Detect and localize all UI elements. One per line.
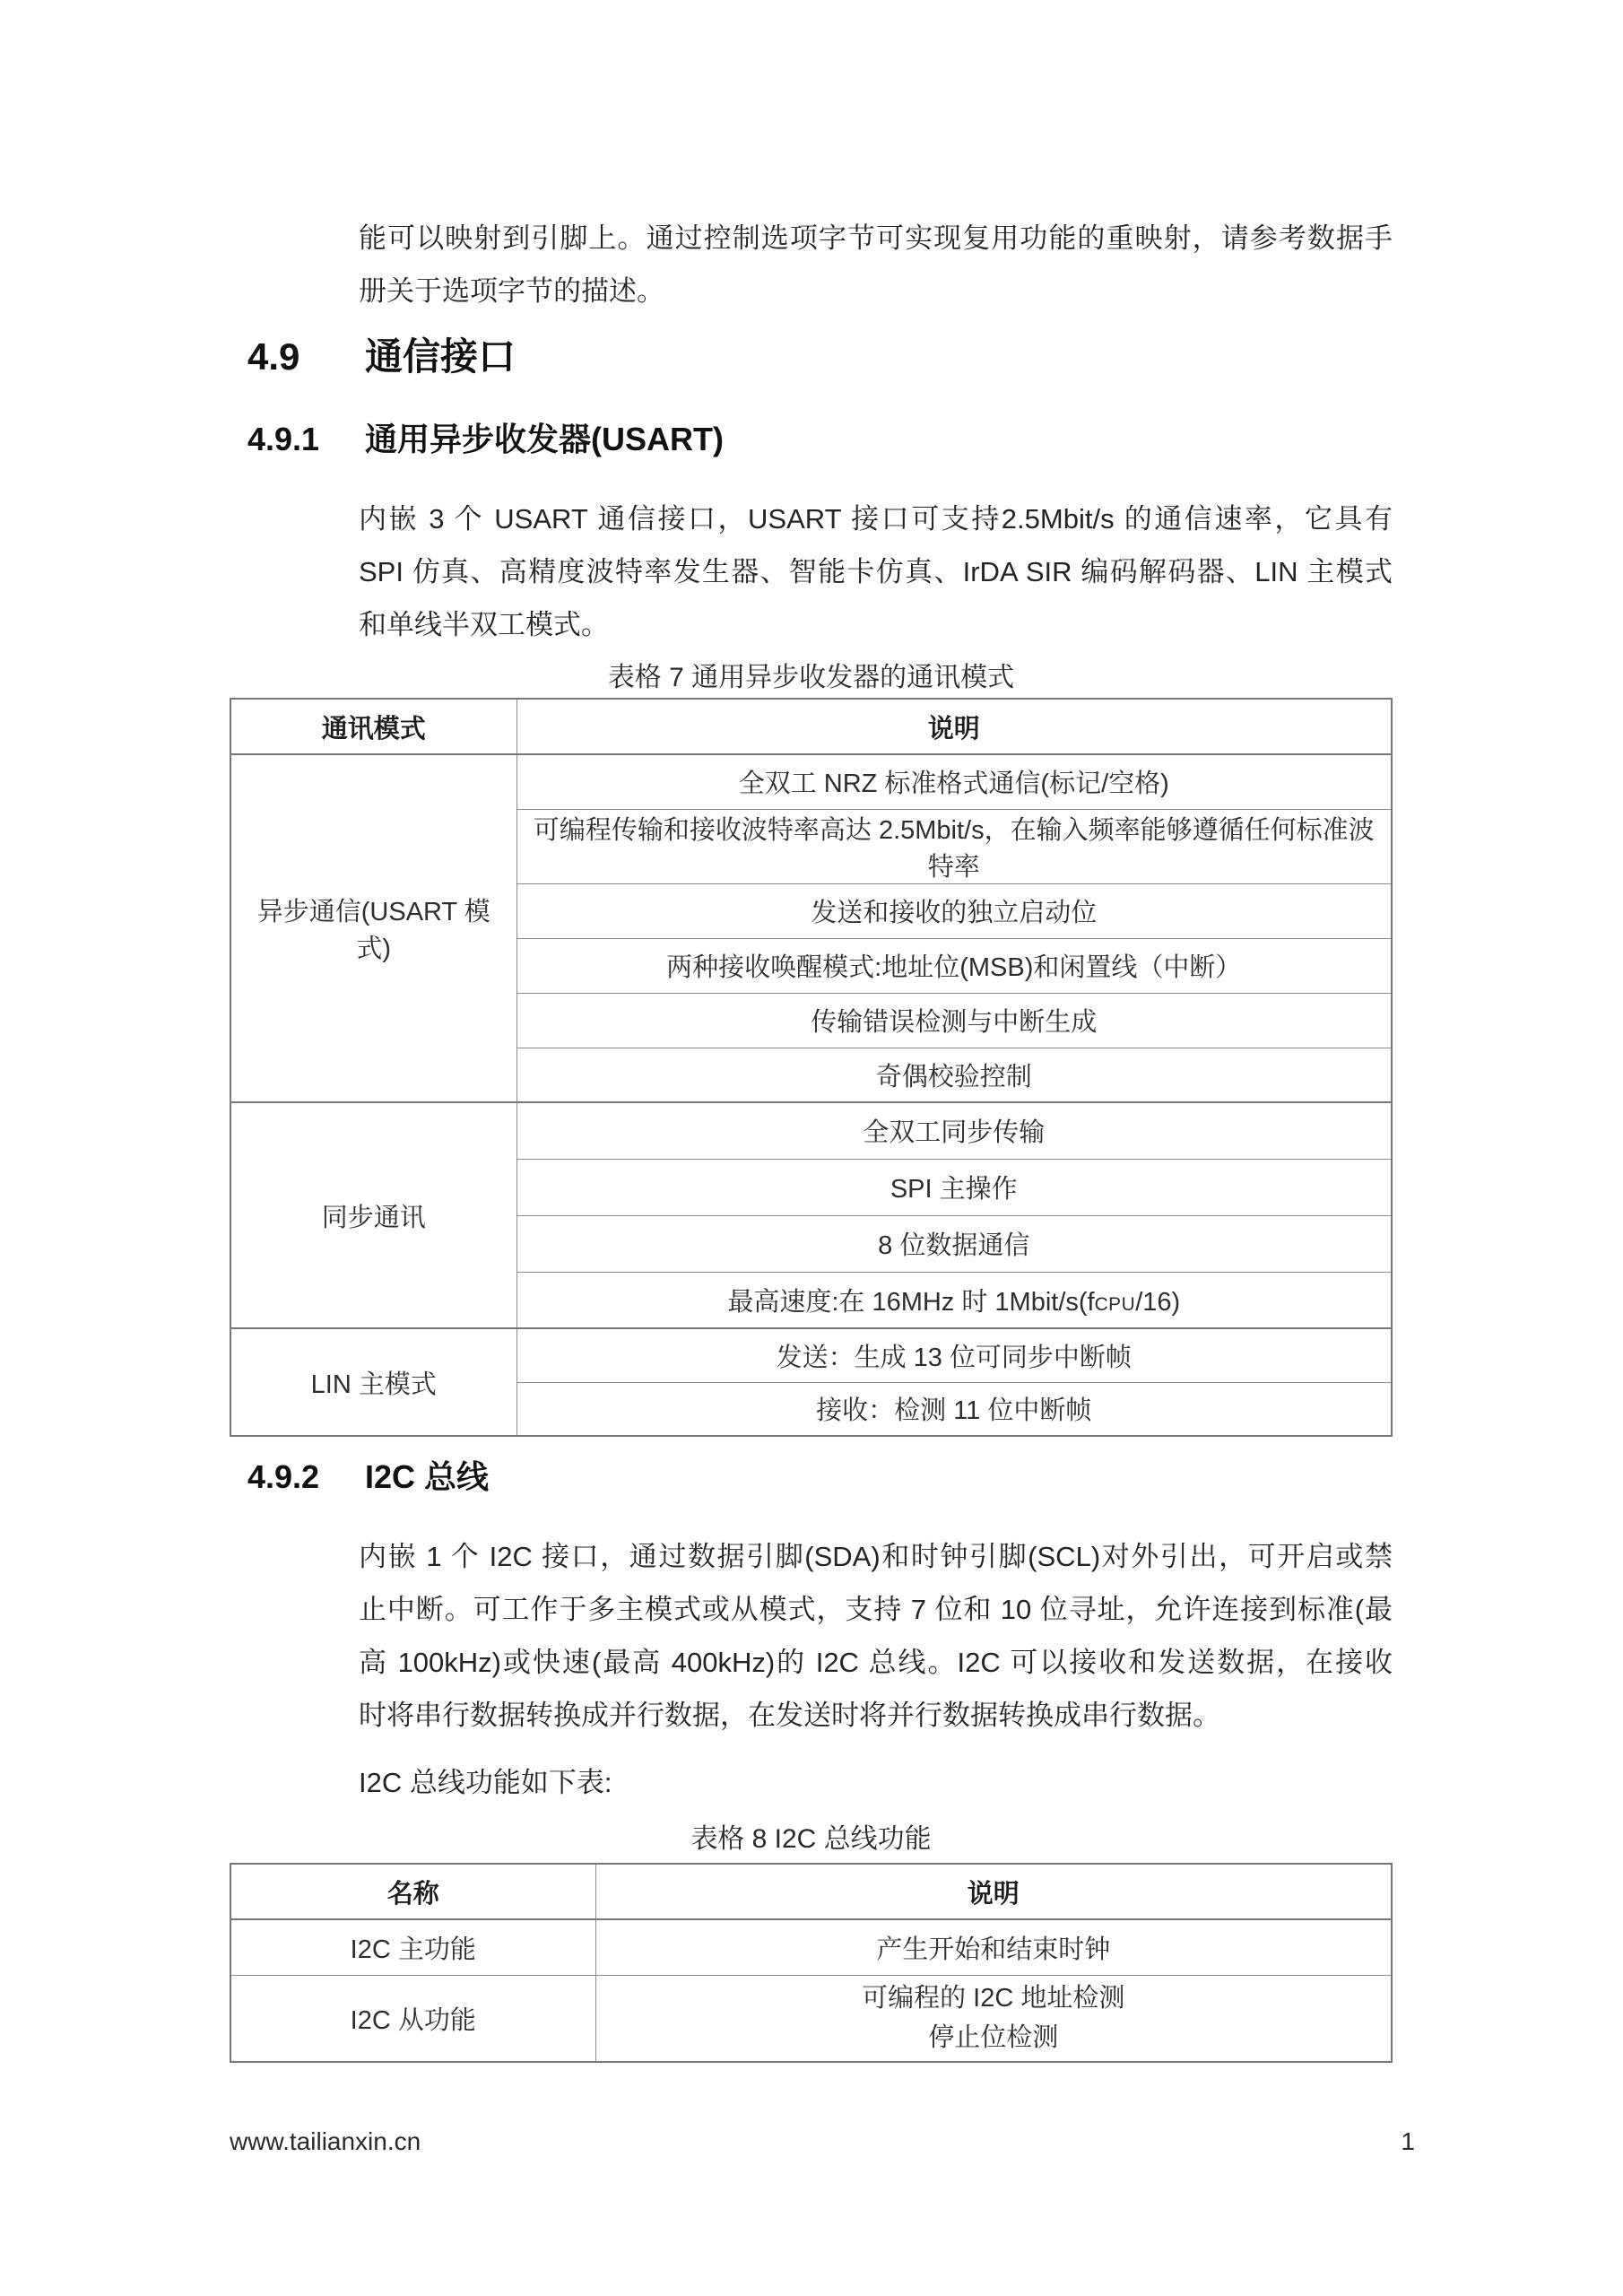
table-header-row: 通讯模式 说明	[230, 699, 1392, 754]
mode-description-cell: 可编程传输和接收波特率高达 2.5Mbit/s，在输入频率能够遵循任何标准波特率	[516, 809, 1392, 883]
mode-description-cell: SPI 主操作	[516, 1159, 1392, 1215]
table-row: LIN 主模式发送：生成 13 位可同步中断帧	[230, 1328, 1392, 1382]
cell-text-part: /16)	[1135, 1288, 1180, 1317]
table-row: I2C 主功能产生开始和结束时钟	[230, 1919, 1392, 1975]
column-header: 说明	[595, 1864, 1392, 1919]
table7-caption: 表格 7 通用异步收发器的通讯模式	[230, 660, 1393, 696]
footer-page-number: 1	[1255, 2124, 1415, 2160]
paragraph-line: 时将串行数据转换成并行数据，在发送时将并行数据转换成串行数据。	[359, 1689, 1393, 1742]
table-header-row: 名称 说明	[230, 1864, 1392, 1919]
footer-website: www.tailianxin.cn	[230, 2124, 421, 2160]
mode-description-cell: 8 位数据通信	[516, 1215, 1392, 1272]
paragraph-line: 和单线半双工模式。	[359, 598, 1393, 651]
paragraph-line: 高 100kHz)或快速(最高 400kHz)的 I2C 总线。I2C 可以接收…	[359, 1636, 1393, 1689]
table-row: 同步通讯全双工同步传输	[230, 1102, 1392, 1159]
paragraph-line: 能可以映射到引脚上。通过控制选项字节可实现复用功能的重映射，请参考数据手	[359, 212, 1393, 265]
column-header: 名称	[230, 1864, 595, 1919]
paragraph-line: I2C 总线功能如下表:	[359, 1765, 1393, 1801]
cell-text-line: 可编程的 I2C 地址检测	[605, 1979, 1383, 2018]
paragraph-line: SPI 仿真、高精度波特率发生器、智能卡仿真、IrDA SIR 编码解码器、LI…	[359, 545, 1393, 598]
table-row: I2C 从功能可编程的 I2C 地址检测停止位检测	[230, 1975, 1392, 2062]
paragraph-line: 内嵌 3 个 USART 通信接口，USART 接口可支持2.5Mbit/s 的…	[359, 492, 1393, 545]
table8-caption: 表格 8 I2C 总线功能	[230, 1822, 1393, 1857]
paragraph-line: 册关于选项字节的描述。	[359, 265, 1393, 317]
mode-description-cell: 全双工同步传输	[516, 1102, 1392, 1159]
mode-description-cell: 发送：生成 13 位可同步中断帧	[516, 1328, 1392, 1382]
mode-description-cell: 接收：检测 11 位中断帧	[516, 1382, 1392, 1436]
function-name-cell: I2C 从功能	[230, 1975, 595, 2062]
section-title: 通用异步收发器(USART)	[365, 419, 724, 460]
cell-text-part: CPU	[1095, 1294, 1136, 1315]
mode-description-cell: 奇偶校验控制	[516, 1048, 1392, 1102]
usart-paragraph: 内嵌 3 个 USART 通信接口，USART 接口可支持2.5Mbit/s 的…	[359, 492, 1393, 651]
document-page: 能可以映射到引脚上。通过控制选项字节可实现复用功能的重映射，请参考数据手 册关于…	[0, 0, 1623, 2296]
section-number: 4.9.1	[247, 419, 319, 460]
mode-group-label: LIN 主模式	[230, 1328, 516, 1436]
function-description-cell: 产生开始和结束时钟	[595, 1919, 1392, 1975]
i2c-table-intro: I2C 总线功能如下表:	[359, 1765, 1393, 1801]
mode-description-cell: 发送和接收的独立启动位	[516, 883, 1392, 938]
function-name-cell: I2C 主功能	[230, 1919, 595, 1975]
paragraph-line: 内嵌 1 个 I2C 接口，通过数据引脚(SDA)和时钟引脚(SCL)对外引出，…	[359, 1530, 1393, 1583]
section-title: 通信接口	[365, 334, 516, 380]
mode-group-label: 同步通讯	[230, 1102, 516, 1328]
function-description-cell: 可编程的 I2C 地址检测停止位检测	[595, 1975, 1392, 2062]
mode-group-label: 异步通信(USART 模式)	[230, 754, 516, 1102]
column-header: 通讯模式	[230, 699, 516, 754]
cell-text-part: 最高速度:在 16MHz 时 1Mbit/s(f	[727, 1288, 1094, 1317]
i2c-functions-table: 名称 说明 I2C 主功能产生开始和结束时钟I2C 从功能可编程的 I2C 地址…	[230, 1863, 1393, 2063]
mode-description-cell: 传输错误检测与中断生成	[516, 993, 1392, 1048]
mode-description-cell: 两种接收唤醒模式:地址位(MSB)和闲置线（中断）	[516, 938, 1392, 993]
table-row: 异步通信(USART 模式)全双工 NRZ 标准格式通信(标记/空格)	[230, 754, 1392, 809]
mode-description-cell: 最高速度:在 16MHz 时 1Mbit/s(fCPU/16)	[516, 1272, 1392, 1328]
section-number: 4.9.2	[247, 1457, 319, 1498]
paragraph-line: 止中断。可工作于多主模式或从模式，支持 7 位和 10 位寻址，允许连接到标准(…	[359, 1583, 1393, 1636]
mode-description-cell: 全双工 NRZ 标准格式通信(标记/空格)	[516, 754, 1392, 809]
column-header: 说明	[516, 699, 1392, 754]
section-number: 4.9	[247, 334, 299, 380]
usart-modes-table: 通讯模式 说明 异步通信(USART 模式)全双工 NRZ 标准格式通信(标记/…	[230, 698, 1393, 1437]
section-title: I2C 总线	[365, 1457, 489, 1498]
intro-paragraph: 能可以映射到引脚上。通过控制选项字节可实现复用功能的重映射，请参考数据手 册关于…	[359, 212, 1393, 317]
i2c-paragraph: 内嵌 1 个 I2C 接口，通过数据引脚(SDA)和时钟引脚(SCL)对外引出，…	[359, 1530, 1393, 1742]
cell-text-line: 停止位检测	[605, 2018, 1383, 2057]
